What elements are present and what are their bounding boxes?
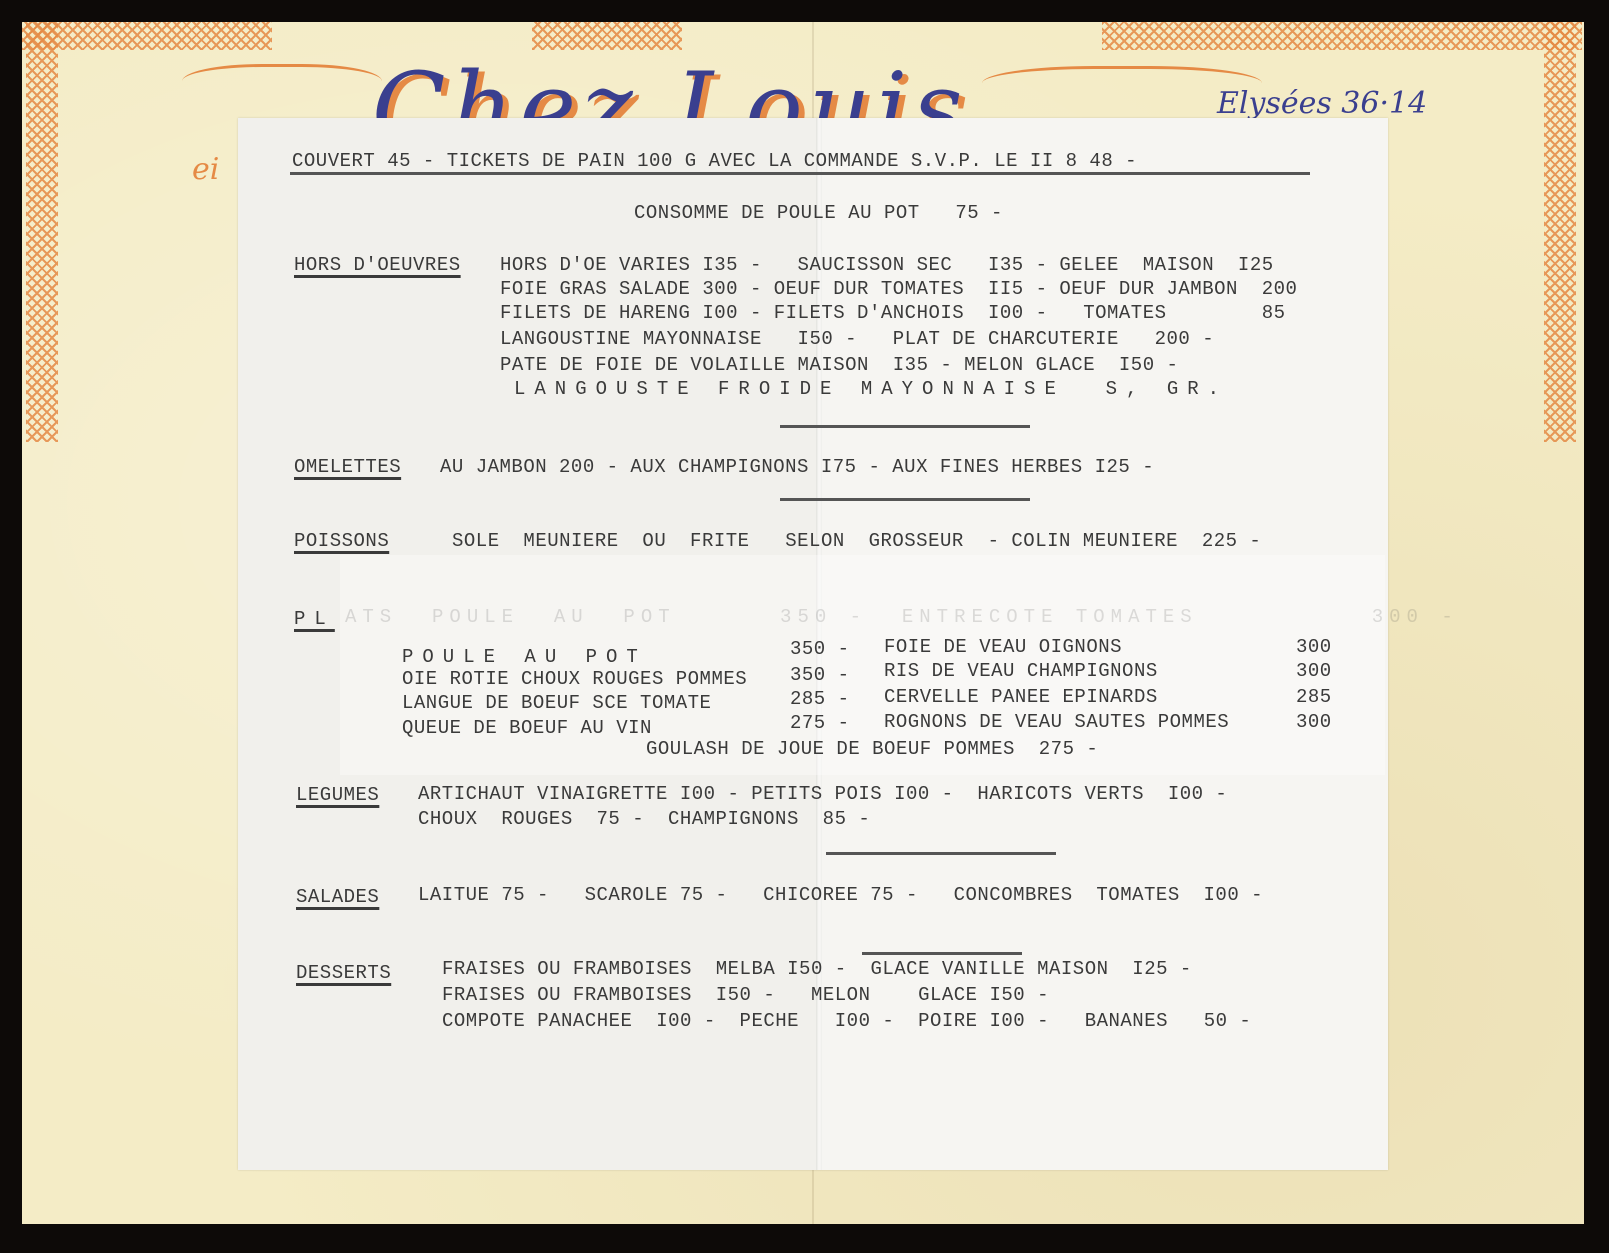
section-label-plats: PL (294, 608, 335, 630)
hatch-border-top-right (1102, 22, 1582, 50)
dish-price: 285 (1296, 686, 1332, 708)
divider (826, 852, 1056, 855)
dish-name: ROGNONS DE VEAU SAUTES POMMES (884, 711, 1229, 733)
hatch-border-right (1544, 22, 1576, 442)
menu-line: LANGOUSTINE MAYONNAISE I50 - PLAT DE CHA… (500, 328, 1214, 350)
section-label-legumes: LEGUMES (296, 784, 379, 806)
dish-name: FOIE DE VEAU OIGNONS (884, 636, 1122, 658)
menu-line: CHOUX ROUGES 75 - CHAMPIGNONS 85 - (418, 808, 870, 830)
menu-line: ARTICHAUT VINAIGRETTE I00 - PETITS POIS … (418, 783, 1227, 805)
dish-name: OIE ROTIE CHOUX ROUGES POMMES (402, 668, 747, 690)
divider (290, 172, 1310, 175)
menu-line: AU JAMBON 200 - AUX CHAMPIGNONS I75 - AU… (440, 456, 1154, 478)
dish-price: 275 - (790, 712, 850, 734)
menu-line: FILETS DE HARENG I00 - FILETS D'ANCHOIS … (500, 302, 1286, 324)
dish-price: 350 - (790, 664, 850, 686)
cover-charge-line: COUVERT 45 - TICKETS DE PAIN 100 G AVEC … (292, 150, 1137, 172)
section-label-poissons: POISSONS (294, 530, 389, 552)
menu-line: HORS D'OE VARIES I35 - SAUCISSON SEC I35… (500, 254, 1274, 276)
ribbon-decoration-left (182, 64, 382, 107)
dish-price: 300 (1296, 660, 1332, 682)
dish-name: LANGUE DE BOEUF SCE TOMATE (402, 692, 711, 714)
soup-line: CONSOMME DE POULE AU POT 75 - (634, 202, 1003, 224)
dish-name: POULE AU POT (402, 646, 647, 668)
menu-line: FOIE GRAS SALADE 300 - OEUF DUR TOMATES … (500, 278, 1297, 300)
hatch-border-top-center (532, 22, 682, 50)
dish-price: 285 - (790, 688, 850, 710)
menu-line: FRAISES OU FRAMBOISES MELBA I50 - GLACE … (442, 958, 1192, 980)
ghost-text: ATS POULE AU POT 350 - ENTRECOTE TOMATES… (345, 606, 1459, 628)
menu-line: GOULASH DE JOUE DE BOEUF POMMES 275 - (646, 738, 1098, 760)
divider (780, 498, 1030, 501)
dish-price: 300 (1296, 711, 1332, 733)
hatch-border-top-left (22, 22, 272, 50)
dish-name: CERVELLE PANEE EPINARDS (884, 686, 1158, 708)
dish-price: 350 - (790, 638, 850, 660)
dish-name: QUEUE DE BOEUF AU VIN (402, 717, 652, 739)
section-label-desserts: DESSERTS (296, 962, 391, 984)
menu-line: COMPOTE PANACHEE I00 - PECHE I00 - POIRE… (442, 1010, 1251, 1032)
menu-line: PATE DE FOIE DE VOLAILLE MAISON I35 - ME… (500, 354, 1178, 376)
divider (862, 952, 1022, 955)
dish-name: RIS DE VEAU CHAMPIGNONS (884, 660, 1158, 682)
divider (780, 425, 1030, 428)
menu-line: FRAISES OU FRAMBOISES I50 - MELON GLACE … (442, 984, 1049, 1006)
menu-line: SOLE MEUNIERE OU FRITE SELON GROSSEUR - … (452, 530, 1261, 552)
section-label-hors-doeuvres: HORS D'OEUVRES (294, 254, 461, 276)
dish-price: 300 (1296, 636, 1332, 658)
phone-number: Elysées 36·14 (1217, 86, 1427, 121)
menu-line: LANGOUSTE FROIDE MAYONNAISE S, GR. (514, 378, 1228, 400)
section-label-omelettes: OMELETTES (294, 456, 401, 478)
hatch-border-left (26, 22, 58, 442)
script-decoration: ei (192, 152, 219, 187)
section-label-salades: SALADES (296, 886, 379, 908)
menu-line: LAITUE 75 - SCAROLE 75 - CHICOREE 75 - C… (418, 884, 1263, 906)
